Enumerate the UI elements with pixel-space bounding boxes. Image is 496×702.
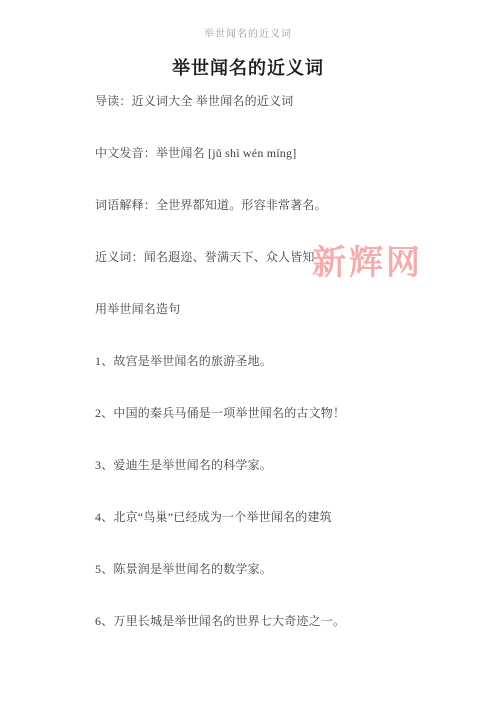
running-header: 举世闻名的近义词 bbox=[0, 25, 496, 40]
paragraph-pronunciation: 中文发音：举世闻名 [jǔ shì wén míng] bbox=[95, 145, 445, 161]
paragraph-intro: 导读：近义词大全 举世闻名的近义词 bbox=[95, 93, 445, 109]
page-title: 举世闻名的近义词 bbox=[0, 54, 496, 80]
paragraph-sentence-2: 2、中国的秦兵马俑是一项举世闻名的古文物！ bbox=[95, 405, 445, 421]
document-page: 举世闻名的近义词 举世闻名的近义词 导读：近义词大全 举世闻名的近义词 中文发音… bbox=[0, 0, 496, 702]
document-body: 导读：近义词大全 举世闻名的近义词 中文发音：举世闻名 [jǔ shì wén … bbox=[95, 93, 445, 665]
paragraph-sentence-6: 6、万里长城是举世闻名的世界七大奇迹之一。 bbox=[95, 613, 445, 629]
paragraph-sentence-1: 1、故宫是举世闻名的旅游圣地。 bbox=[95, 353, 445, 369]
paragraph-sentence-5: 5、陈景润是举世闻名的数学家。 bbox=[95, 561, 445, 577]
paragraph-definition: 词语解释：全世界都知道。形容非常著名。 bbox=[95, 197, 445, 213]
paragraph-synonyms: 近义词：闻名遐迩、誉满天下、众人皆知 bbox=[95, 249, 445, 265]
paragraph-section-heading: 用举世闻名造句 bbox=[95, 301, 445, 317]
paragraph-sentence-4: 4、北京“鸟巢”已经成为一个举世闻名的建筑 bbox=[95, 509, 445, 525]
paragraph-sentence-3: 3、爱迪生是举世闻名的科学家。 bbox=[95, 457, 445, 473]
